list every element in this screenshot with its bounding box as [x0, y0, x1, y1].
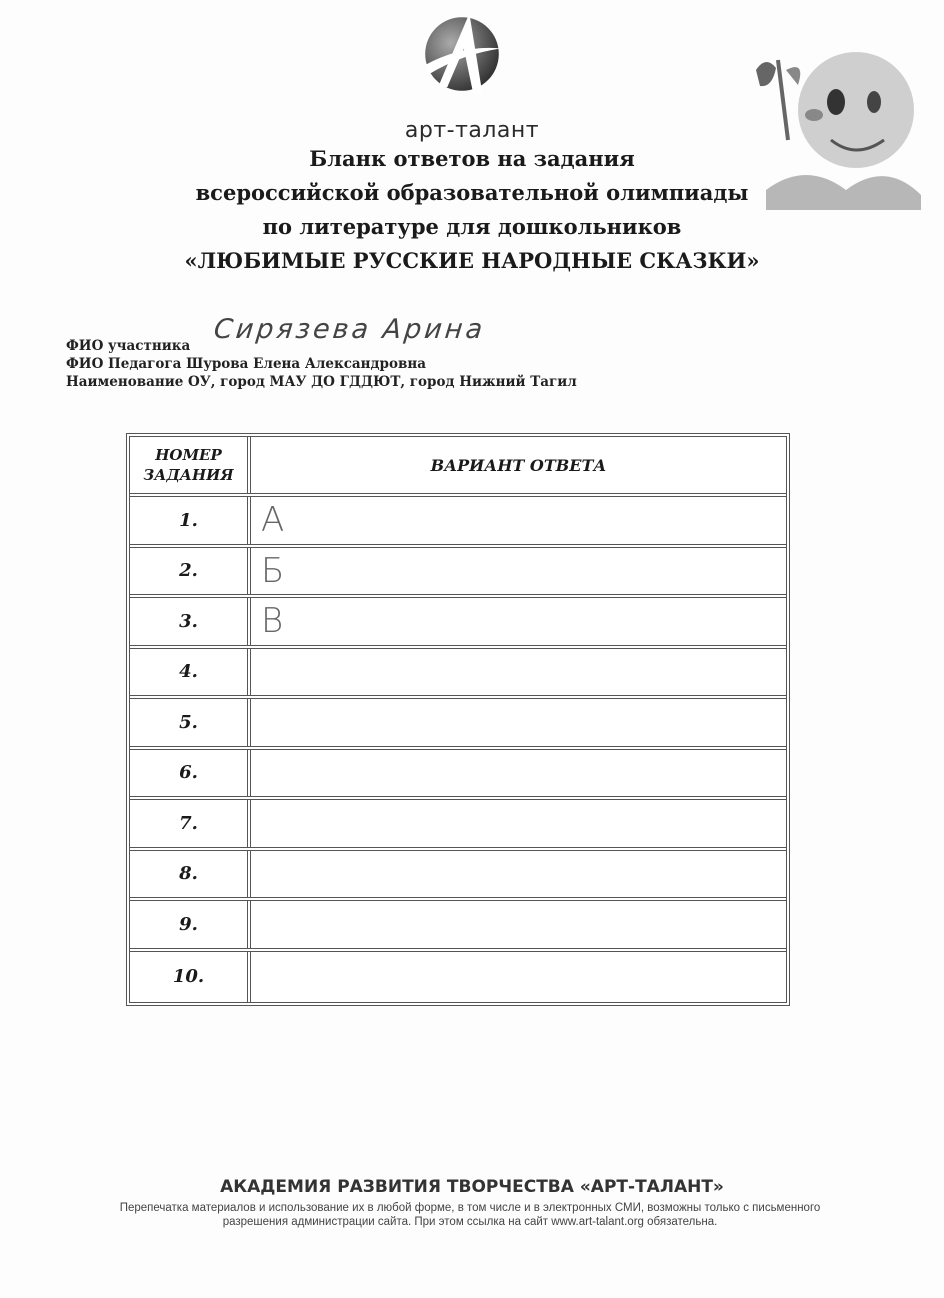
table-row: 9.: [130, 901, 786, 952]
table-row: 10.: [130, 952, 786, 1003]
answer-cell[interactable]: [251, 699, 786, 746]
fairy-tale-character-icon: [736, 30, 936, 210]
task-number: 9.: [130, 901, 251, 948]
answer-cell[interactable]: В: [251, 598, 786, 645]
participant-label: ФИО участника: [66, 338, 190, 354]
answer-cell[interactable]: [251, 952, 786, 1003]
task-number: 7.: [130, 800, 251, 847]
table-row: 1.А: [130, 497, 786, 548]
answer-cell[interactable]: [251, 901, 786, 948]
teacher-line: ФИО Педагога Шурова Елена Александровна: [66, 356, 426, 372]
table-row: 2.Б: [130, 548, 786, 599]
column-header-number-line-1: НОМЕР: [155, 445, 222, 465]
answer-cell[interactable]: [251, 750, 786, 797]
table-row: 4.: [130, 649, 786, 700]
task-number: 5.: [130, 699, 251, 746]
answers-table: НОМЕР ЗАДАНИЯ ВАРИАНТ ОТВЕТА 1.А2.Б3.В4.…: [126, 433, 790, 1006]
task-number: 4.: [130, 649, 251, 696]
column-header-answer: ВАРИАНТ ОТВЕТА: [251, 437, 786, 493]
answer-cell[interactable]: [251, 649, 786, 696]
task-number: 10.: [130, 952, 251, 1003]
table-header-row: НОМЕР ЗАДАНИЯ ВАРИАНТ ОТВЕТА: [130, 437, 786, 497]
footer-title: АКАДЕМИЯ РАЗВИТИЯ ТВОРЧЕСТВА «АРТ-ТАЛАНТ…: [0, 1177, 944, 1197]
task-number: 1.: [130, 497, 251, 544]
table-row: 7.: [130, 800, 786, 851]
form-title-line-4: «ЛЮБИМЫЕ РУССКИЕ НАРОДНЫЕ СКАЗКИ»: [0, 248, 944, 273]
task-number: 2.: [130, 548, 251, 595]
answer-cell[interactable]: [251, 800, 786, 847]
table-row: 8.: [130, 851, 786, 902]
task-number: 6.: [130, 750, 251, 797]
form-title-line-3: по литературе для дошкольников: [0, 214, 944, 239]
task-number: 8.: [130, 851, 251, 898]
answer-cell[interactable]: Б: [251, 548, 786, 595]
answer-cell[interactable]: А: [251, 497, 786, 544]
institution-line: Наименование ОУ, город МАУ ДО ГДДЮТ, гор…: [66, 374, 577, 390]
participant-name-handwritten[interactable]: Сирязева Арина: [212, 314, 486, 345]
column-header-number-line-2: ЗАДАНИЯ: [143, 465, 233, 485]
footer-copyright-note: Перепечатка материалов и использование и…: [90, 1201, 850, 1229]
task-number: 3.: [130, 598, 251, 645]
column-header-number: НОМЕР ЗАДАНИЯ: [130, 437, 251, 493]
table-row: 6.: [130, 750, 786, 801]
art-talant-logo-icon: [416, 8, 508, 100]
table-row: 3.В: [130, 598, 786, 649]
answer-cell[interactable]: [251, 851, 786, 898]
table-row: 5.: [130, 699, 786, 750]
